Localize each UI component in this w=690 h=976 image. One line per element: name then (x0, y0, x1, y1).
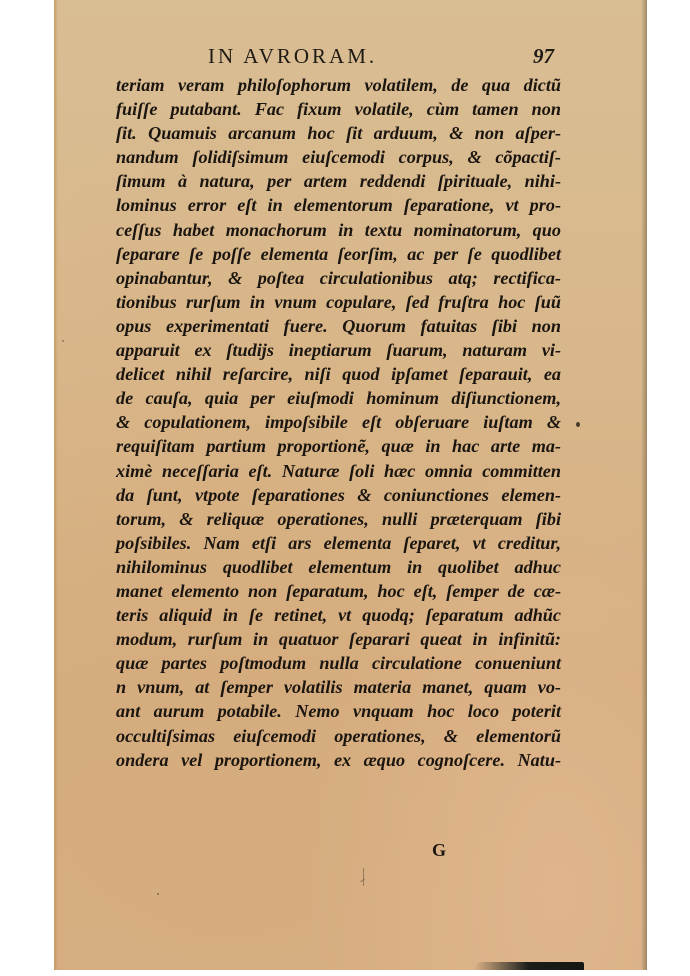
text-line: opus experimentati fuere. Quorum fatuita… (116, 314, 561, 338)
text-line: nandum ſolidiſsimum eiuſcemodi corpus, &… (116, 145, 561, 169)
text-line: nihilominus quodlibet elementum in quoli… (116, 555, 561, 579)
text-line: opinabantur, & poſtea circulationibus at… (116, 266, 561, 290)
text-line: n vnum, at ſemper volatilis materia mane… (116, 675, 561, 699)
text-line: occultiſsimas eiuſcemodi operationes, & … (116, 724, 561, 748)
text-line: teris aliquid in ſe retinet, vt quodq; ſ… (116, 603, 561, 627)
page-number: 97 (533, 44, 554, 69)
paper-speck (576, 422, 580, 427)
text-line: ondera vel proportionem, ex æquo cognoſc… (116, 748, 561, 772)
scanner-thumb-shadow (474, 962, 584, 970)
signature-mark: G (432, 840, 446, 861)
text-line: apparuit ex ſtudijs ineptiarum ſuarum, n… (116, 338, 561, 362)
text-line: lominus error eſt in elementorum ſeparat… (116, 193, 561, 217)
text-line: ximè neceſſaria eſt. Naturæ ſoli hæc omn… (116, 459, 561, 483)
text-line: da ſunt, vtpote ſeparationes & coniuncti… (116, 483, 561, 507)
text-line: quæ partes poſtmodum nulla circulatione … (116, 651, 561, 675)
text-line: fuiſſe putabant. Fac fixum volatile, cùm… (116, 97, 561, 121)
text-line: teriam veram philoſophorum volatilem, de… (116, 73, 561, 97)
body-text: teriam veram philoſophorum volatilem, de… (116, 73, 561, 772)
paper-speck (157, 893, 159, 895)
text-line: delicet nihil reſarcire, niſi quod ipſam… (116, 362, 561, 386)
text-line: modum, rurſum in quatuor ſeparari queat … (116, 627, 561, 651)
text-line: poſsibiles. Nam etſi ars elementa ſepare… (116, 531, 561, 555)
text-line: tionibus rurſum in vnum copulare, ſed fr… (116, 290, 561, 314)
paper-speck (62, 340, 64, 342)
running-title: IN AVRORAM. (208, 44, 377, 69)
paper-speck (363, 868, 364, 886)
text-line: ant aurum potabile. Nemo vnquam hoc loco… (116, 699, 561, 723)
text-line: manet elemento non ſeparatum, hoc eſt, ſ… (116, 579, 561, 603)
text-line: de cauſa, quia per eiuſmodi hominum diſi… (116, 386, 561, 410)
text-line: requiſitam partium proportionẽ, quæ in h… (116, 434, 561, 458)
text-line: ſimum à natura, per artem reddendi ſpiri… (116, 169, 561, 193)
text-line: ceſſus habet monachorum in textu nominat… (116, 218, 561, 242)
text-line: torum, & reliquæ operationes, nulli præt… (116, 507, 561, 531)
scanned-book-page: IN AVRORAM. 97 teriam veram philoſophoru… (54, 0, 647, 970)
text-line: ſeparare ſe poſſe elementa ſeorſim, ac p… (116, 242, 561, 266)
text-line: & copulationem, impoſsibile eſt obſeruar… (116, 410, 561, 434)
text-line: ſit. Quamuis arcanum hoc ſit arduum, & n… (116, 121, 561, 145)
running-head: IN AVRORAM. 97 (154, 44, 554, 72)
